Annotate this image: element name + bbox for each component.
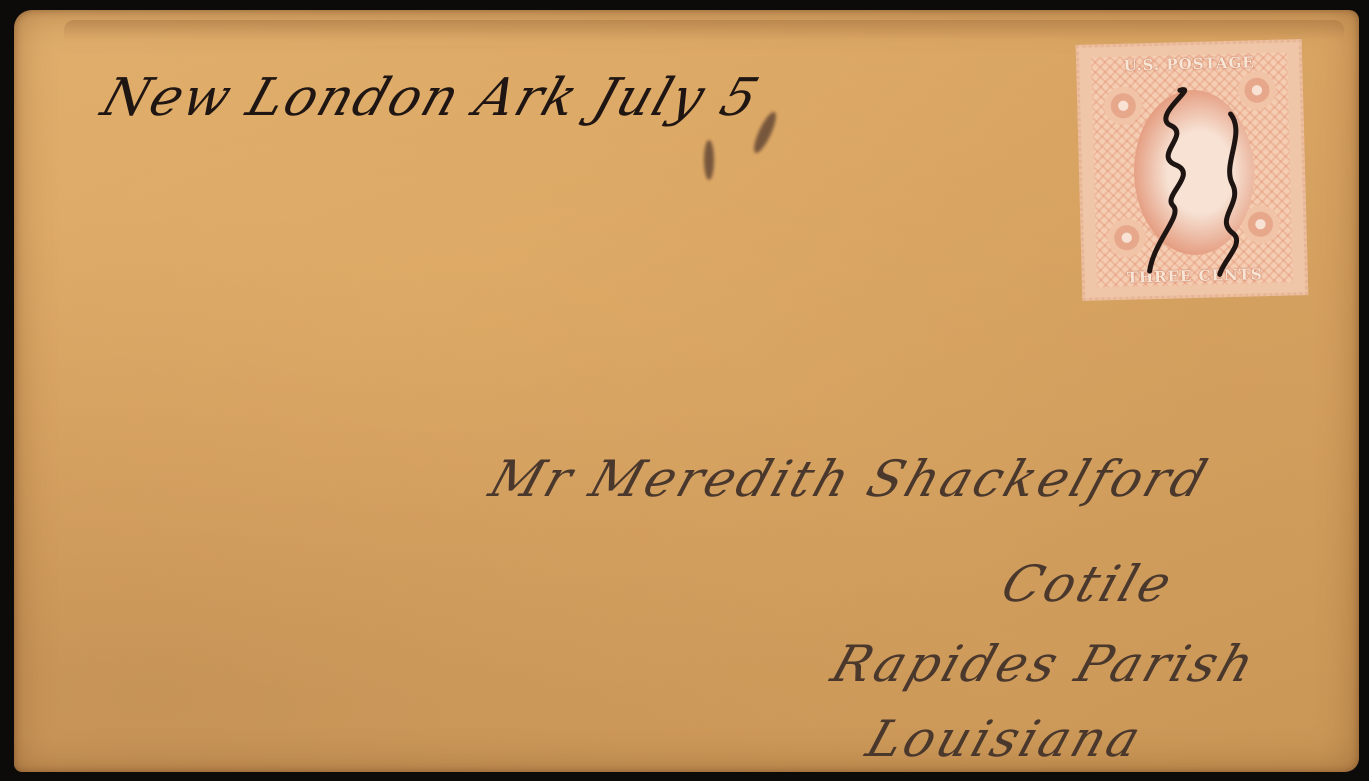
recipient-state: Louisiana <box>860 710 1151 768</box>
pen-cancel-squiggle-icon <box>1079 42 1305 298</box>
envelope-flap-edge <box>64 20 1344 40</box>
ink-smudge <box>750 110 780 156</box>
recipient-name: Mr Meredith Shackelford <box>483 450 1217 508</box>
recipient-city: Cotile <box>995 555 1182 613</box>
envelope: New London Ark July 5 U.S. POSTAGE THREE… <box>14 10 1359 772</box>
postage-stamp: U.S. POSTAGE THREE CENTS <box>1079 42 1305 298</box>
origin-postmark-handwritten: New London Ark July 5 <box>94 68 767 128</box>
ink-smudge <box>704 140 714 180</box>
recipient-parish: Rapides Parish <box>825 635 1265 693</box>
